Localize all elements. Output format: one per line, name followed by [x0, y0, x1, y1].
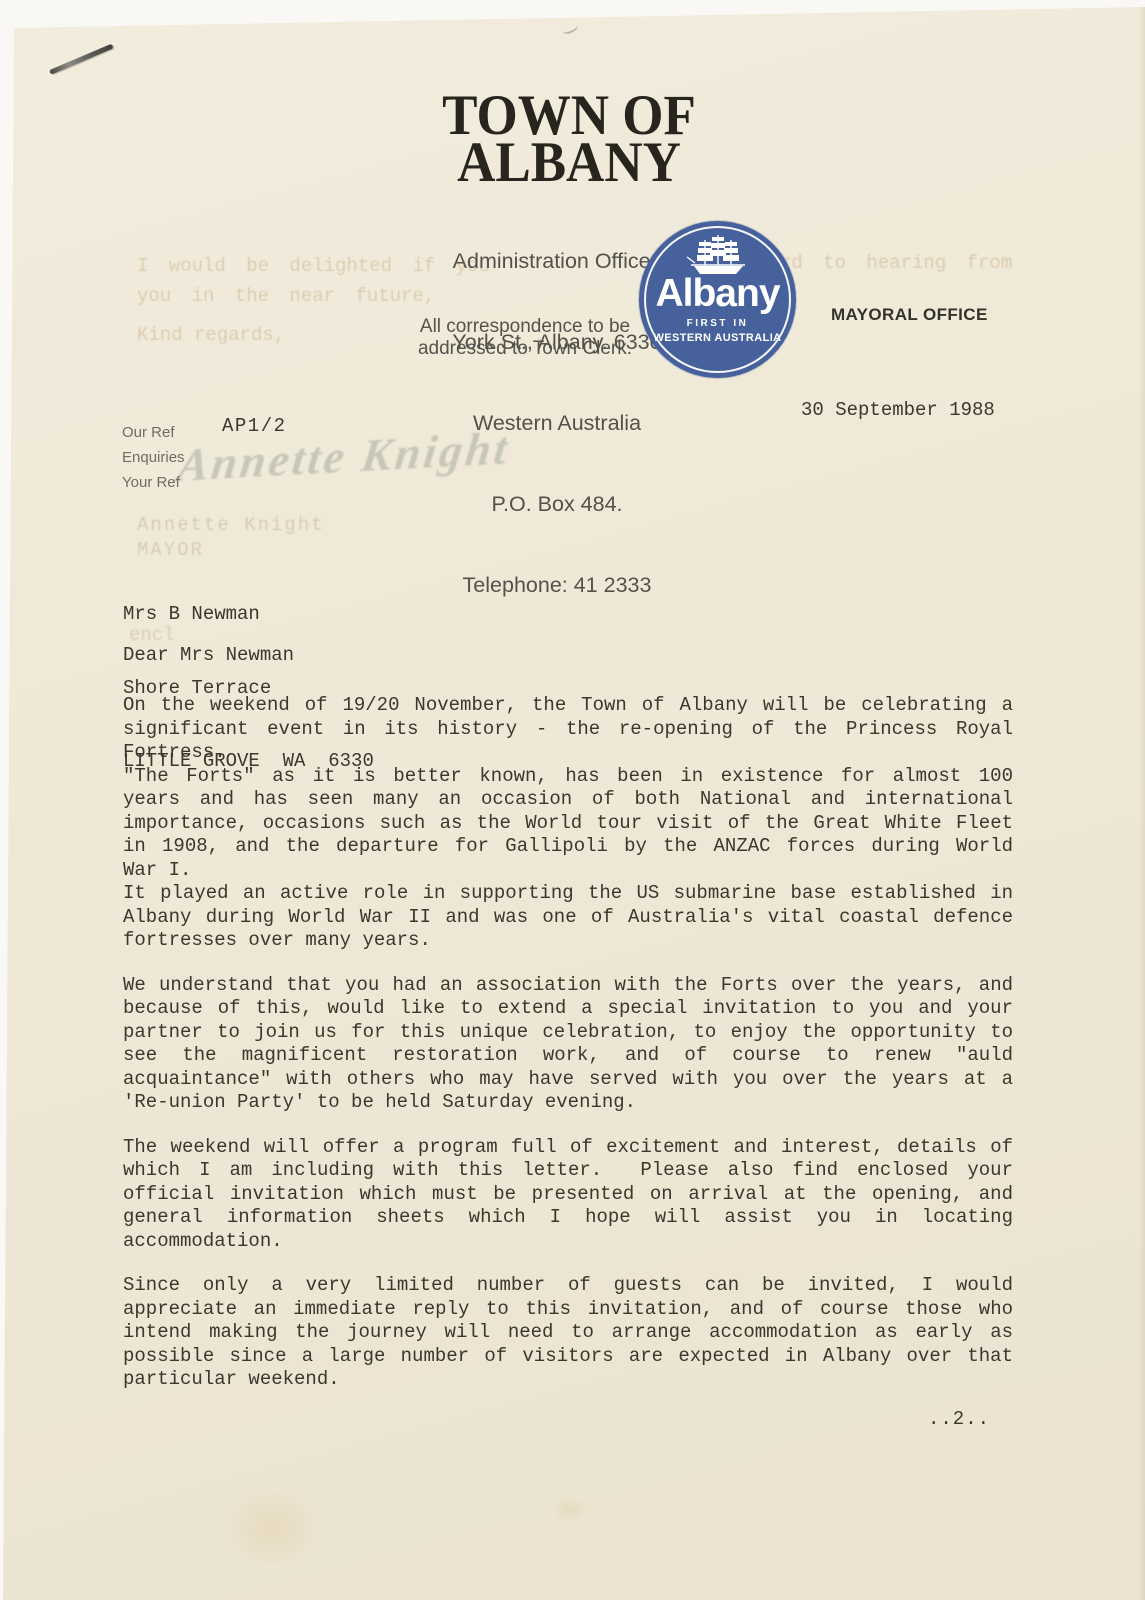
scan-edge-shadow: [1139, 0, 1145, 1600]
letter-body: On the weekend of 19/20 November, the To…: [123, 694, 1013, 1392]
body-line: because of this, would like to extend a …: [123, 997, 1013, 1021]
body-line: partner to join us for this unique celeb…: [123, 1021, 1013, 1045]
body-line: It played an active role in supporting t…: [123, 882, 1013, 906]
bleed-text-line2: you in the near future,: [137, 285, 435, 307]
page-indicator: ..2..: [928, 1408, 990, 1430]
body-line: The weekend will offer a program full of…: [123, 1136, 1013, 1160]
paragraph: "The Forts" as it is better known, has b…: [123, 765, 1013, 883]
body-line: intend making the journey will need to a…: [123, 1321, 1013, 1345]
body-line: see the magnificent restoration work, an…: [123, 1044, 1013, 1068]
body-line: appreciate an immediate reply to this in…: [123, 1298, 1013, 1322]
staple: [49, 44, 114, 75]
paragraph: Since only a very limited number of gues…: [123, 1274, 1013, 1392]
mayoral-office-label: MAYORAL OFFICE: [831, 305, 988, 325]
body-line: importance, occasions such as the World …: [123, 812, 1013, 836]
body-line: possible since a large number of visitor…: [123, 1345, 1013, 1369]
body-line: official invitation which must be presen…: [123, 1183, 1013, 1207]
albany-logo-seal: Albany FIRST IN WESTERN AUSTRALIA: [639, 221, 796, 378]
paper-stain: [552, 1496, 588, 1524]
body-line: 'Re-union Party' to be held Saturday eve…: [123, 1091, 1013, 1115]
body-line: which I am including with this letter. P…: [123, 1159, 1013, 1183]
address-line: Western Australia: [392, 410, 722, 437]
body-line: accommodation.: [123, 1230, 1013, 1254]
bleed-text-line1-right: rd to hearing from: [780, 252, 1012, 274]
body-line: Since only a very limited number of gues…: [123, 1274, 1013, 1298]
body-line: significant event in its history - the r…: [123, 718, 1013, 742]
our-ref-value: AP1/2: [222, 415, 287, 437]
pencil-mark: [561, 21, 579, 36]
scanned-letter-page: { "page": { "paper_color": "#efe8d6", "i…: [0, 0, 1145, 1600]
enquiries-label: Enquiries: [122, 449, 185, 466]
body-line: Albany during World War II and was one o…: [123, 906, 1013, 930]
bleed-typed-name: Annette Knight: [137, 514, 325, 536]
paragraph: It played an active role in supporting t…: [123, 882, 1013, 953]
salutation: Dear Mrs Newman: [123, 644, 294, 666]
body-line: War I.: [123, 859, 1013, 883]
body-line: years and has seen many an occasion of b…: [123, 788, 1013, 812]
logo-tagline-line1: FIRST IN: [639, 318, 796, 329]
body-line: particular weekend.: [123, 1368, 1013, 1392]
address-line: Telephone: 41 2333: [392, 572, 722, 599]
paragraph: The weekend will offer a program full of…: [123, 1136, 1013, 1254]
paper-stain: [225, 1485, 320, 1570]
body-line: Fortress.: [123, 741, 1013, 765]
body-line: in 1908, and the departure for Gallipoli…: [123, 835, 1013, 859]
our-ref-label: Our Ref: [122, 424, 175, 441]
letter-paper: I would be delighted if you rd to hearin…: [0, 0, 1145, 1600]
logo-wordmark: Albany: [639, 274, 796, 314]
body-line: fortresses over many years.: [123, 929, 1013, 953]
recipient-name: Mrs B Newman: [123, 602, 374, 627]
logo-tagline-line2: WESTERN AUSTRALIA: [639, 332, 796, 344]
body-line: acquaintance" with others who may have s…: [123, 1068, 1013, 1092]
bleed-text-regards: Kind regards,: [137, 324, 285, 346]
correspondence-note-line2: addressed to Town Clerk.: [415, 338, 635, 360]
letterhead-title: TOWN OF ALBANY: [40, 92, 1098, 186]
paragraph: On the weekend of 19/20 November, the To…: [123, 694, 1013, 765]
correspondence-note: All correspondence to be addressed to To…: [415, 316, 635, 360]
address-line: P.O. Box 484.: [392, 491, 722, 518]
body-line: We understand that you had an associatio…: [123, 974, 1013, 998]
your-ref-label: Your Ref: [122, 474, 180, 491]
body-line: On the weekend of 19/20 November, the To…: [123, 694, 1013, 718]
letter-date: 30 September 1988: [801, 399, 995, 421]
body-line: general information sheets which I hope …: [123, 1206, 1013, 1230]
correspondence-note-line1: All correspondence to be: [415, 316, 635, 338]
paragraph: We understand that you had an associatio…: [123, 974, 1013, 1115]
letterhead-title-line2: ALBANY: [40, 139, 1098, 186]
body-line: "The Forts" as it is better known, has b…: [123, 765, 1013, 789]
